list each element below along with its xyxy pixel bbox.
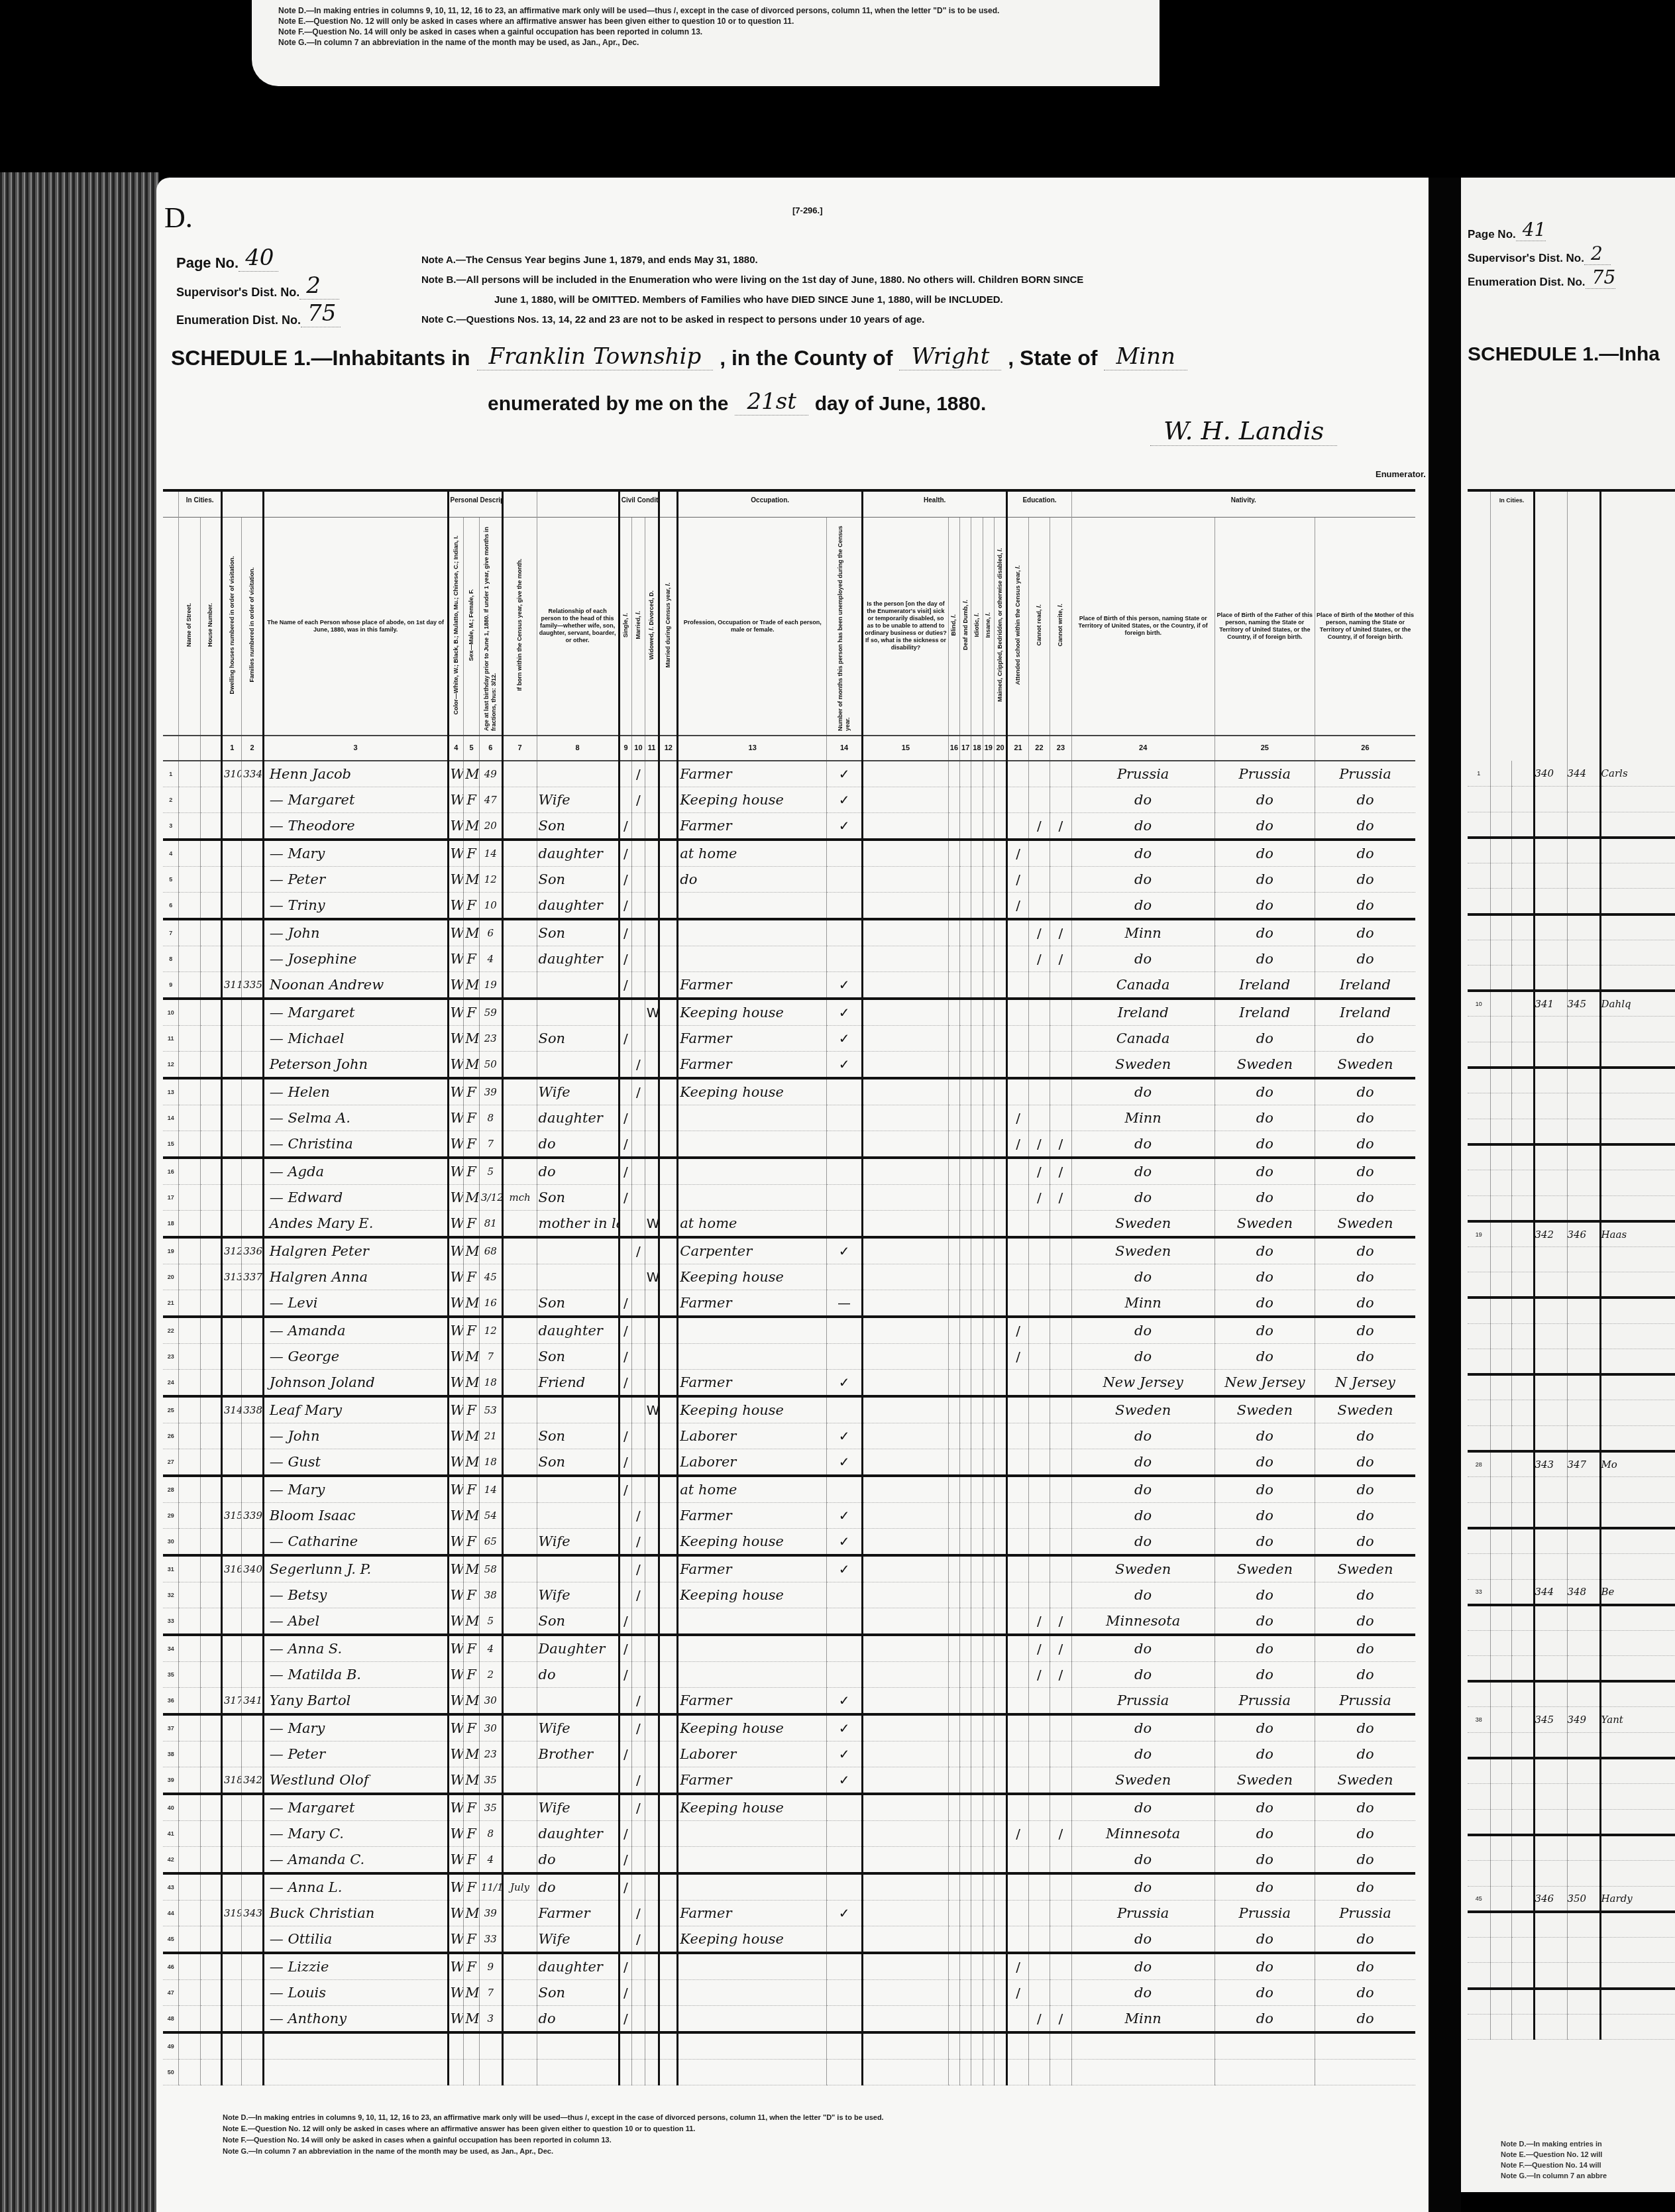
cell-school xyxy=(1007,972,1028,999)
cell-write xyxy=(1050,1529,1071,1556)
cell-sex: M xyxy=(464,1052,480,1079)
cell-unemp xyxy=(827,1131,863,1158)
cell-sex: M xyxy=(464,1237,480,1264)
cell-read xyxy=(1028,1396,1050,1423)
cell-write xyxy=(1050,787,1071,813)
cell-color: W xyxy=(448,1476,464,1503)
cell-father: do xyxy=(1215,813,1315,840)
cell-color: W xyxy=(448,1688,464,1715)
cell-color: W xyxy=(448,1847,464,1874)
cell-birth: do xyxy=(1071,840,1215,867)
cell-name xyxy=(263,2032,448,2060)
cell-line: 35 xyxy=(163,1662,179,1688)
next-enumeration-label: Enumeration Dist. No. xyxy=(1468,276,1586,289)
cell-dwelling: 318 xyxy=(222,1767,242,1795)
cell-read xyxy=(1028,1370,1050,1397)
cell-unemp: ✓ xyxy=(827,972,863,999)
cell-mother: do xyxy=(1315,867,1415,893)
next-table-row xyxy=(1468,1195,1675,1221)
cell-mother: do xyxy=(1315,893,1415,920)
cell-father: do xyxy=(1215,1105,1315,1131)
cell-occ: Farmer xyxy=(678,1026,827,1052)
col-18-idiotic: Idiotic, /. xyxy=(971,517,983,736)
cell-color: W xyxy=(448,1290,464,1317)
cell-father: do xyxy=(1215,1529,1315,1556)
cell-single: / xyxy=(619,1449,631,1476)
cell-age: 23 xyxy=(480,1026,503,1052)
cell-age: 58 xyxy=(480,1555,503,1582)
cell-color: W xyxy=(448,1953,464,1980)
cell-birth: Minnesota xyxy=(1071,1821,1215,1847)
cell-school xyxy=(1007,1052,1028,1079)
cell-month xyxy=(502,1158,537,1185)
table-row: 3— TheodoreWM20Son/Farmer✓//dododo xyxy=(163,813,1415,840)
cell-line: 39 xyxy=(163,1767,179,1795)
cell-unemp xyxy=(827,919,863,946)
next-table-row xyxy=(1468,940,1675,966)
cell-name: — Mary xyxy=(263,840,448,867)
cell-father: do xyxy=(1215,1742,1315,1767)
cell-mother: Prussia xyxy=(1315,1688,1415,1715)
cell-family xyxy=(242,1847,263,1874)
cell-married: / xyxy=(632,1503,645,1529)
next-table-row xyxy=(1468,1144,1675,1170)
next-table-row xyxy=(1468,1170,1675,1196)
cell-occ: Farmer xyxy=(678,761,827,787)
cell-occ: Laborer xyxy=(678,1742,827,1767)
cell-unemp xyxy=(827,1344,863,1370)
cell-widowed xyxy=(645,1105,659,1131)
cell-month xyxy=(502,972,537,999)
cell-father xyxy=(1215,2060,1315,2085)
cell-widowed xyxy=(645,893,659,920)
col-15-sickness: Is the person [on the day of the Enumera… xyxy=(863,517,949,736)
cell-color: W xyxy=(448,1529,464,1556)
cell-occ xyxy=(678,893,827,920)
cell-color: W xyxy=(448,1503,464,1529)
cell-father: do xyxy=(1215,1476,1315,1503)
cell-month xyxy=(502,1821,537,1847)
cell-married: / xyxy=(632,1688,645,1715)
cell-married xyxy=(632,1821,645,1847)
cell-married xyxy=(632,1370,645,1397)
cell-name: — Margaret xyxy=(263,787,448,813)
next-page-table: In Cities. 1340344Carls10341345Dahlq1934… xyxy=(1468,489,1675,2040)
cell-name: — Gust xyxy=(263,1449,448,1476)
next-table-row xyxy=(1468,1042,1675,1068)
cell-month: July xyxy=(502,1873,537,1901)
table-row: 8— JosephineWF4daughter///dododo xyxy=(163,946,1415,972)
cell-married: / xyxy=(632,1555,645,1582)
cell-name: — George xyxy=(263,1344,448,1370)
cell-widowed xyxy=(645,1873,659,1901)
cell-month xyxy=(502,1555,537,1582)
cell-color: W xyxy=(448,1582,464,1608)
column-group-row: In Cities. Personal Description. Civil C… xyxy=(163,490,1415,517)
next-table-row xyxy=(1468,863,1675,889)
cell-mother: do xyxy=(1315,1131,1415,1158)
county-value: Wright xyxy=(899,343,1001,370)
cell-color: W xyxy=(448,1901,464,1926)
cell-family xyxy=(242,1714,263,1742)
cell-sex: M xyxy=(464,761,480,787)
group-health: Health. xyxy=(863,490,1007,517)
next-table-row: 10341345Dahlq xyxy=(1468,991,1675,1017)
cell-married xyxy=(632,946,645,972)
cell-birth: do xyxy=(1071,1635,1215,1662)
cell-color: W xyxy=(448,1344,464,1370)
cell-married xyxy=(632,1742,645,1767)
cell-rel: Wife xyxy=(537,1926,619,1954)
cell-unemp xyxy=(827,1396,863,1423)
cell-name: — Amanda xyxy=(263,1317,448,1344)
cell-rel: Son xyxy=(537,1980,619,2006)
cell-read xyxy=(1028,787,1050,813)
cell-family: 338 xyxy=(242,1396,263,1423)
cell-unemp xyxy=(827,1662,863,1688)
cell-dwelling xyxy=(222,1211,242,1238)
cell-line: 29 xyxy=(163,1503,179,1529)
cell-sex: M xyxy=(464,1555,480,1582)
note-d: Note D.—In making entries in columns 9, … xyxy=(278,5,999,16)
cell-birth: do xyxy=(1071,1264,1215,1290)
col-20-maimed: Maimed, Crippled, Bedridden, or otherwis… xyxy=(994,517,1006,736)
cell-birth: do xyxy=(1071,787,1215,813)
cell-family xyxy=(242,1423,263,1449)
cell-married: / xyxy=(632,1237,645,1264)
cell-unemp xyxy=(827,1794,863,1821)
cell-married xyxy=(632,999,645,1026)
cell-color: W xyxy=(448,2006,464,2033)
col-17-deaf-dumb: Deaf and Dumb, /. xyxy=(960,517,971,736)
cell-single: / xyxy=(619,893,631,920)
cell-mother: do xyxy=(1315,1449,1415,1476)
cell-dwelling xyxy=(222,1529,242,1556)
cell-read xyxy=(1028,1582,1050,1608)
table-row: 26— JohnWM21Son/Laborer✓dododo xyxy=(163,1423,1415,1449)
cell-married xyxy=(632,1131,645,1158)
cell-unemp xyxy=(827,2060,863,2085)
cell-mother: do xyxy=(1315,1847,1415,1874)
cell-rel: Son xyxy=(537,867,619,893)
cell-age: 35 xyxy=(480,1794,503,1821)
cell-family xyxy=(242,840,263,867)
cell-month xyxy=(502,1635,537,1662)
cell-color: W xyxy=(448,1449,464,1476)
cell-write xyxy=(1050,867,1071,893)
cell-name: Halgren Anna xyxy=(263,1264,448,1290)
cell-age: 12 xyxy=(480,1317,503,1344)
cell-read: / xyxy=(1028,1662,1050,1688)
cell-widowed xyxy=(645,1635,659,1662)
cell-age: 4 xyxy=(480,1847,503,1874)
cell-married: / xyxy=(632,1078,645,1105)
cell-name: — Christina xyxy=(263,1131,448,1158)
cell-rel xyxy=(537,1555,619,1582)
cell-write: / xyxy=(1050,1185,1071,1211)
cell-family xyxy=(242,1529,263,1556)
cell-married xyxy=(632,1449,645,1476)
table-row: 15— ChristinaWF7do////dododo xyxy=(163,1131,1415,1158)
cell-age: 18 xyxy=(480,1449,503,1476)
next-table-row xyxy=(1468,1477,1675,1503)
cell-name: Peterson John xyxy=(263,1052,448,1079)
cell-age: 8 xyxy=(480,1105,503,1131)
next-page-no-label: Page No. xyxy=(1468,228,1516,241)
cell-birth: do xyxy=(1071,1662,1215,1688)
next-table-row xyxy=(1468,1068,1675,1093)
cell-family xyxy=(242,1131,263,1158)
cell-age: 20 xyxy=(480,813,503,840)
next-table-row xyxy=(1468,838,1675,863)
col-9-single: Single, /. xyxy=(619,517,631,736)
enumerated-prefix: enumerated by me on the xyxy=(488,393,728,415)
cell-widowed xyxy=(645,1052,659,1079)
cell-sex: F xyxy=(464,787,480,813)
cell-married xyxy=(632,1608,645,1635)
cell-rel: Wife xyxy=(537,1582,619,1608)
cell-line: 15 xyxy=(163,1131,179,1158)
cell-read xyxy=(1028,1529,1050,1556)
cell-unemp xyxy=(827,2032,863,2060)
cell-mother: do xyxy=(1315,1529,1415,1556)
col-19-insane: Insane, /. xyxy=(983,517,994,736)
table-row: 34— Anna S.WF4Daughter///dododo xyxy=(163,1635,1415,1662)
cell-rel: daughter xyxy=(537,840,619,867)
cell-sex: F xyxy=(464,946,480,972)
col-6-age: Age at last birthday prior to June 1, 18… xyxy=(480,517,503,736)
cell-single xyxy=(619,1582,631,1608)
cell-father: do xyxy=(1215,1821,1315,1847)
table-row: 19312336Halgren PeterWM68/Carpenter✓Swed… xyxy=(163,1237,1415,1264)
cell-age: 65 xyxy=(480,1529,503,1556)
cell-line: 33 xyxy=(163,1608,179,1635)
cell-school xyxy=(1007,1901,1028,1926)
cell-month xyxy=(502,1211,537,1238)
cell-birth: Prussia xyxy=(1071,1901,1215,1926)
cell-dwelling xyxy=(222,1370,242,1397)
cell-name: Segerlunn J. P. xyxy=(263,1555,448,1582)
enumeration-date-line: enumerated by me on the 21st day of June… xyxy=(488,388,986,415)
cell-mother: Sweden xyxy=(1315,1555,1415,1582)
cell-unemp xyxy=(827,1953,863,1980)
cell-month xyxy=(502,999,537,1026)
cell-write xyxy=(1050,1237,1071,1264)
cell-name: Leaf Mary xyxy=(263,1396,448,1423)
cell-occ xyxy=(678,1131,827,1158)
cell-single xyxy=(619,1794,631,1821)
cell-single xyxy=(619,999,631,1026)
cell-birth: do xyxy=(1071,1953,1215,1980)
cell-father: do xyxy=(1215,1847,1315,1874)
table-row: 31316340Segerlunn J. P.WM58/Farmer✓Swede… xyxy=(163,1555,1415,1582)
cell-occ: do xyxy=(678,867,827,893)
cell-single xyxy=(619,1767,631,1795)
cell-occ: Keeping house xyxy=(678,1926,827,1954)
cell-family xyxy=(242,2032,263,2060)
cell-father: do xyxy=(1215,1635,1315,1662)
cell-single: / xyxy=(619,1370,631,1397)
cell-line: 2 xyxy=(163,787,179,813)
cell-mother: do xyxy=(1315,1582,1415,1608)
cell-single xyxy=(619,1714,631,1742)
census-rows: 1310334Henn JacobWM49/Farmer✓PrussiaPrus… xyxy=(163,761,1415,2085)
cell-school: / xyxy=(1007,1980,1028,2006)
cell-name: — Betsy xyxy=(263,1582,448,1608)
cell-rel xyxy=(537,1264,619,1290)
cell-single: / xyxy=(619,2006,631,2033)
cell-name: — Margaret xyxy=(263,1794,448,1821)
cell-unemp: ✓ xyxy=(827,1423,863,1449)
cell-mother: do xyxy=(1315,1873,1415,1901)
cell-mother: do xyxy=(1315,1476,1415,1503)
cell-read xyxy=(1028,893,1050,920)
cell-father: Sweden xyxy=(1215,1396,1315,1423)
cell-birth: Sweden xyxy=(1071,1237,1215,1264)
cell-widowed xyxy=(645,1662,659,1688)
cell-month xyxy=(502,1742,537,1767)
cell-read xyxy=(1028,1211,1050,1238)
book-binding xyxy=(0,172,159,2212)
cell-father: do xyxy=(1215,1158,1315,1185)
cell-month xyxy=(502,1767,537,1795)
cell-unemp: ✓ xyxy=(827,1503,863,1529)
cell-read: / xyxy=(1028,1131,1050,1158)
cell-unemp xyxy=(827,1317,863,1344)
cell-widowed xyxy=(645,1714,659,1742)
next-table-row xyxy=(1468,1298,1675,1323)
cell-sex: F xyxy=(464,1078,480,1105)
cell-father: Sweden xyxy=(1215,1767,1315,1795)
cell-school xyxy=(1007,946,1028,972)
cell-rel: Wife xyxy=(537,1794,619,1821)
cell-dwelling xyxy=(222,1449,242,1476)
table-row: 25314338Leaf MaryWF53WKeeping houseSwede… xyxy=(163,1396,1415,1423)
cell-widowed xyxy=(645,1476,659,1503)
table-row: 38— PeterWM23Brother/Laborer✓dododo xyxy=(163,1742,1415,1767)
next-table-row xyxy=(1468,1758,1675,1784)
cell-line: 41 xyxy=(163,1821,179,1847)
cell-occ: Keeping house xyxy=(678,1582,827,1608)
cell-birth: do xyxy=(1071,1503,1215,1529)
cell-sex: F xyxy=(464,1662,480,1688)
cell-read xyxy=(1028,1767,1050,1795)
cell-school: / xyxy=(1007,1105,1028,1131)
table-row: 43— Anna L.WF11/12Julydo/dododo xyxy=(163,1873,1415,1901)
cell-read xyxy=(1028,1476,1050,1503)
cell-sex: M xyxy=(464,1026,480,1052)
cell-line: 22 xyxy=(163,1317,179,1344)
bottom-note-g: Note G.—In column 7 an abbreviation in t… xyxy=(223,2146,884,2158)
cell-school: / xyxy=(1007,1344,1028,1370)
cell-write: / xyxy=(1050,1821,1071,1847)
cell-father xyxy=(1215,2032,1315,2060)
cell-age: 3 xyxy=(480,2006,503,2033)
cell-age: 14 xyxy=(480,1476,503,1503)
cell-line: 26 xyxy=(163,1423,179,1449)
cell-school xyxy=(1007,2060,1028,2085)
cell-rel: daughter xyxy=(537,946,619,972)
cell-read xyxy=(1028,1555,1050,1582)
cell-occ: Carpenter xyxy=(678,1237,827,1264)
cell-color: W xyxy=(448,919,464,946)
cell-birth: Sweden xyxy=(1071,1052,1215,1079)
cell-name: Noonan Andrew xyxy=(263,972,448,999)
cell-school xyxy=(1007,1582,1028,1608)
cell-mother: do xyxy=(1315,1317,1415,1344)
table-row: 48— AnthonyWM3do///Minndodo xyxy=(163,2006,1415,2033)
cell-widowed xyxy=(645,1290,659,1317)
cell-unemp xyxy=(827,1211,863,1238)
group-in-cities: In Cities. xyxy=(179,490,222,517)
cell-birth: do xyxy=(1071,946,1215,972)
cell-occ: at home xyxy=(678,1476,827,1503)
cell-age: 3/12 xyxy=(480,1185,503,1211)
cell-family xyxy=(242,867,263,893)
cell-rel: Son xyxy=(537,1185,619,1211)
cell-widowed xyxy=(645,972,659,999)
cell-line: 1 xyxy=(163,761,179,787)
cell-widowed xyxy=(645,787,659,813)
cell-dwelling xyxy=(222,1344,242,1370)
cell-married xyxy=(632,1953,645,1980)
cell-birth: New Jersey xyxy=(1071,1370,1215,1397)
cell-dwelling xyxy=(222,1953,242,1980)
cell-married: / xyxy=(632,1767,645,1795)
table-row: 46— LizzieWF9daughter//dododo xyxy=(163,1953,1415,1980)
cell-rel: daughter xyxy=(537,1953,619,1980)
cell-write: / xyxy=(1050,1131,1071,1158)
cell-occ: Keeping house xyxy=(678,1078,827,1105)
cell-dwelling xyxy=(222,946,242,972)
cell-unemp xyxy=(827,1105,863,1131)
cell-dwelling xyxy=(222,813,242,840)
cell-write xyxy=(1050,1026,1071,1052)
cell-unemp: ✓ xyxy=(827,1901,863,1926)
cell-widowed xyxy=(645,919,659,946)
cell-birth: Sweden xyxy=(1071,1767,1215,1795)
cell-age: 39 xyxy=(480,1078,503,1105)
cell-father: Sweden xyxy=(1215,1211,1315,1238)
col-12-married-census-year: Married during Census year, /. xyxy=(659,517,678,736)
page-meta: Page No. 40 Supervisor's Dist. No. 2 Enu… xyxy=(176,244,341,327)
cell-age: 68 xyxy=(480,1237,503,1264)
cell-write xyxy=(1050,1953,1071,1980)
cell-write: / xyxy=(1050,946,1071,972)
cell-name: — Levi xyxy=(263,1290,448,1317)
cell-dwelling xyxy=(222,2032,242,2060)
cell-age xyxy=(480,2060,503,2085)
cell-occ: at home xyxy=(678,840,827,867)
cell-single: / xyxy=(619,1847,631,1874)
cell-family: 341 xyxy=(242,1688,263,1715)
cell-father: do xyxy=(1215,1608,1315,1635)
cell-sex: F xyxy=(464,1317,480,1344)
cell-mother: do xyxy=(1315,1185,1415,1211)
cell-rel xyxy=(537,1052,619,1079)
next-table-row xyxy=(1468,1912,1675,1938)
cell-rel xyxy=(537,761,619,787)
next-table-row xyxy=(1468,1017,1675,1042)
cell-family: 334 xyxy=(242,761,263,787)
cell-school xyxy=(1007,1290,1028,1317)
cell-sex: F xyxy=(464,1529,480,1556)
cell-dwelling xyxy=(222,1662,242,1688)
cell-occ xyxy=(678,2032,827,2060)
cell-month xyxy=(502,1662,537,1688)
cell-sex: F xyxy=(464,1264,480,1290)
county-label: , in the County of xyxy=(720,346,892,370)
